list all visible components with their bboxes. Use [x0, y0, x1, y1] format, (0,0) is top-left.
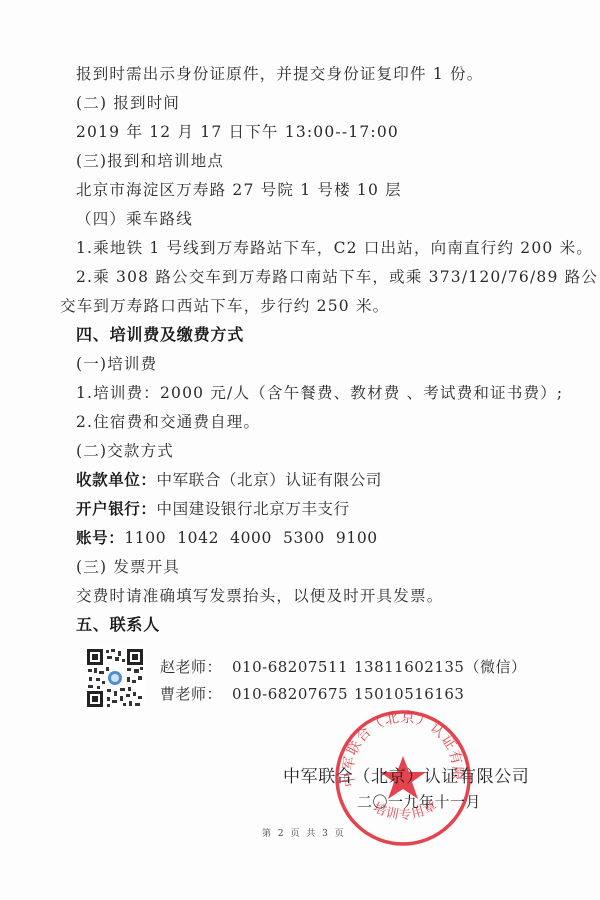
signature-date: 二〇一九年十一月: [357, 791, 481, 812]
payee-row: 收款单位：中军联合（北京）认证有限公司: [76, 470, 382, 490]
fee-amount: 1.培训费：2000 元/人（含午餐费、教材费 、考试费和证书费）;: [76, 383, 563, 403]
location-heading: (三)报到和培训地点: [76, 151, 224, 171]
account-value: 1100 1042 4000 5300 9100: [124, 529, 377, 547]
contact-phone: 010-68207675: [232, 685, 354, 703]
qr-code-icon: [85, 647, 145, 709]
payee-value: 中军联合（北京）认证有限公司: [157, 471, 382, 489]
bank-label: 开户银行：: [76, 500, 157, 518]
registration-time-value: 2019 年 12 月 17 日下午 13:00--17:00: [76, 122, 399, 142]
page-number: 第 2 页 共 3 页: [262, 826, 346, 839]
payment-method-subheading: (二)交款方式: [76, 441, 174, 461]
bank-value: 中国建设银行北京万丰支行: [157, 500, 350, 518]
account-row: 账号：1100 1042 4000 5300 9100: [76, 528, 378, 548]
account-label: 账号：: [76, 529, 124, 547]
contact-row: 赵老师：010-6820751113811602135（微信）: [160, 656, 526, 677]
route-bus-continued: 交车到万寿路口西站下车，步行约 250 米。: [60, 296, 389, 316]
bank-row: 开户银行：中国建设银行北京万丰支行: [76, 499, 350, 519]
section5-heading: 五、联系人: [76, 615, 160, 635]
fee-subheading: (一)培训费: [76, 354, 157, 374]
invoice-text: 交费时请准确填写发票抬头，以便及时开具发票。: [76, 586, 443, 606]
route-subway: 1.乘地铁 1 号线到万寿路站下车，C2 口出站，向南直行约 200 米。: [76, 238, 593, 258]
contact-name: 赵老师：: [160, 656, 232, 677]
contact-phone: 010-68207511: [232, 658, 354, 676]
contact-mobile: 15010516163: [354, 685, 464, 703]
section4-heading: 四、培训费及缴费方式: [76, 325, 244, 345]
document-page: 报到时需出示身份证原件，并提交身份证复印件 1 份。 (二) 报到时间 2019…: [0, 0, 600, 900]
contact-name: 曹老师：: [160, 683, 232, 704]
route-heading: （四）乘车路线: [76, 209, 193, 229]
contact-mobile: 13811602135（微信）: [354, 656, 526, 677]
id-requirement-text: 报到时需出示身份证原件，并提交身份证复印件 1 份。: [76, 64, 483, 84]
contact-row: 曹老师：010-6820767515010516163: [160, 683, 464, 704]
route-bus: 2.乘 308 路公交车到万寿路口南站下车，或乘 373/120/76/89 路…: [76, 267, 598, 287]
signature-company: 中军联合（北京）认证有限公司: [283, 762, 529, 787]
invoice-subheading: (三) 发票开具: [76, 557, 180, 577]
fee-self-paid: 2.住宿费和交通费自理。: [76, 412, 260, 432]
registration-time-heading: (二) 报到时间: [76, 93, 180, 113]
payee-label: 收款单位：: [76, 471, 157, 489]
location-address: 北京市海淀区万寿路 27 号院 1 号楼 10 层: [76, 180, 402, 200]
